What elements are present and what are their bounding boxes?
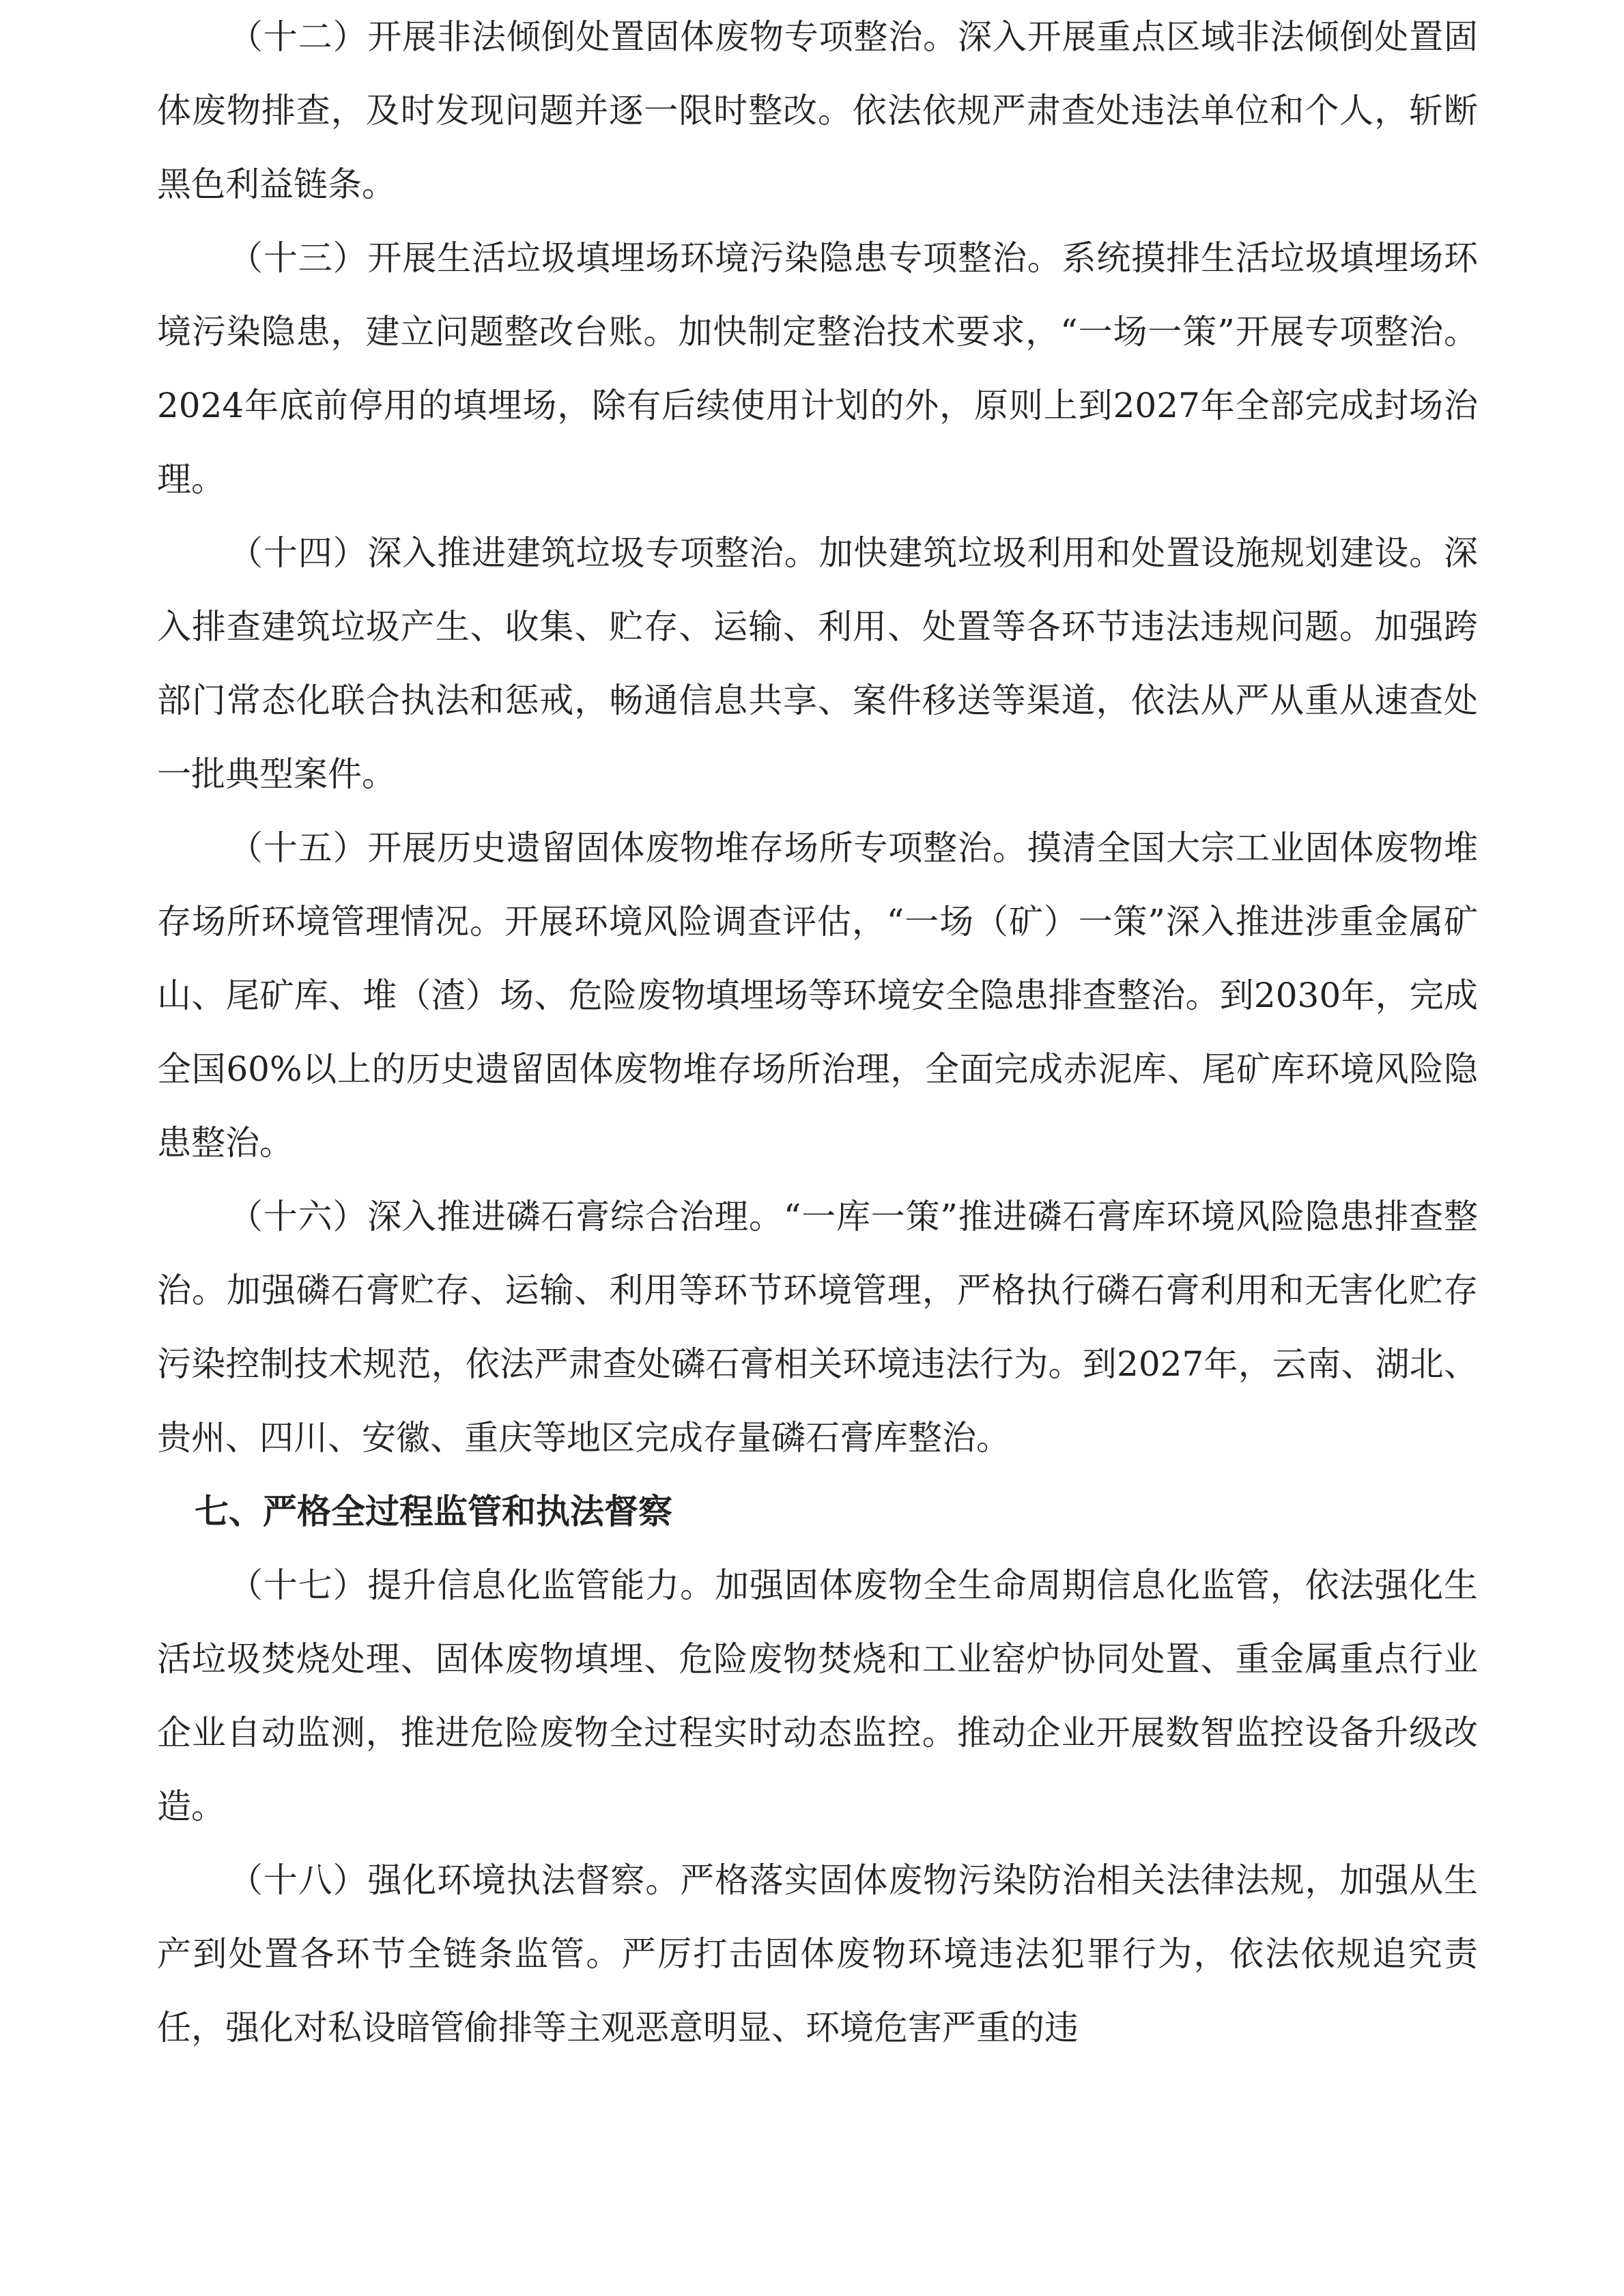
paragraph-12: （十二）开展非法倾倒处置固体废物专项整治。深入开展重点区域非法倾倒处置固体废物排… (157, 0, 1478, 221)
section-heading-7: 七、严格全过程监管和执法督察 (157, 1475, 1478, 1548)
paragraph-14: （十四）深入推进建筑垃圾专项整治。加快建筑垃圾利用和处置设施规划建设。深入排查建… (157, 516, 1478, 811)
paragraph-13: （十三）开展生活垃圾填埋场环境污染隐患专项整治。系统摸排生活垃圾填埋场环境污染隐… (157, 221, 1478, 516)
paragraph-18: （十八）强化环境执法督察。严格落实固体废物污染防治相关法律法规，加强从生产到处置… (157, 1843, 1478, 2065)
paragraph-17: （十七）提升信息化监管能力。加强固体废物全生命周期信息化监管，依法强化生活垃圾焚… (157, 1548, 1478, 1843)
paragraph-16: （十六）深入推进磷石膏综合治理。“一库一策”推进磷石膏库环境风险隐患排查整治。加… (157, 1180, 1478, 1475)
paragraph-15: （十五）开展历史遗留固体废物堆存场所专项整治。摸清全国大宗工业固体废物堆存场所环… (157, 811, 1478, 1180)
document-page: （十二）开展非法倾倒处置固体废物专项整治。深入开展重点区域非法倾倒处置固体废物排… (157, 0, 1478, 2065)
